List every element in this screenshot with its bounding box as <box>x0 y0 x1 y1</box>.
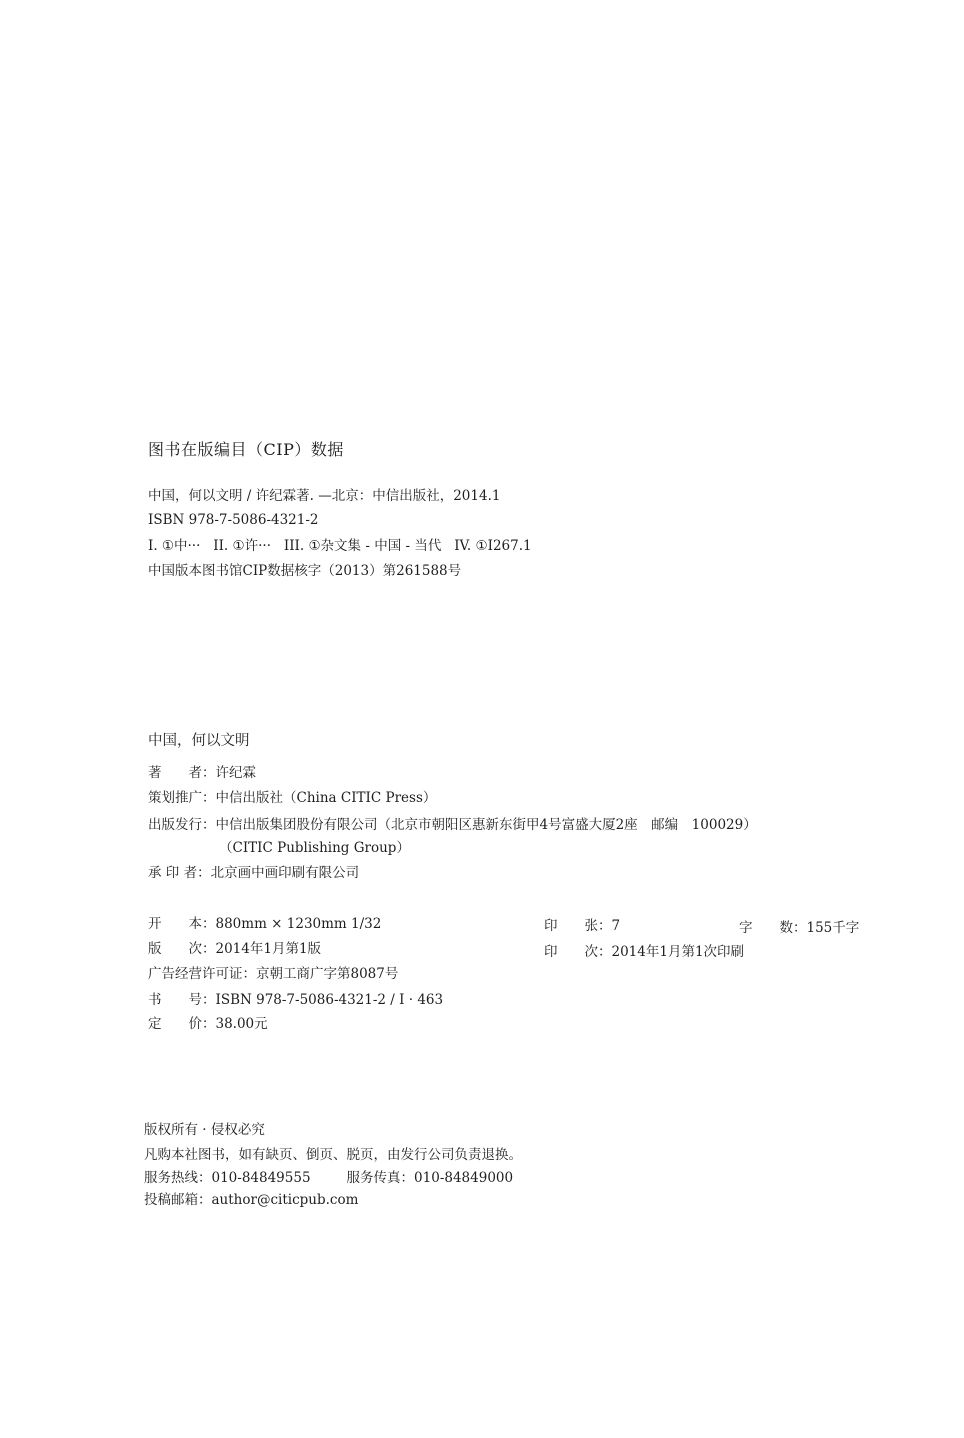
spec-value: ISBN 978-7-5086-4321-2 / I · 463 <box>216 992 444 1008</box>
spec-value: 2014年1月第1版 <box>216 941 322 957</box>
spec-ad-license: 广告经营许可证：京朝工商广字第8087号 <box>148 966 398 982</box>
spec-value: 京朝工商广字第8087号 <box>256 966 398 982</box>
submission-email: 投稿邮箱：author@citicpub.com <box>144 1192 358 1208</box>
cip-isbn: ISBN 978-7-5086-4321-2 <box>148 512 319 528</box>
email-address: author@citicpub.com <box>212 1192 359 1208</box>
credit-value: （CITIC Publishing Group） <box>219 840 410 856</box>
cip-classification: I. ①中··· II. ①许··· III. ①杂文集 - 中国 - 当代 I… <box>148 538 532 554</box>
spec-label: 广告经营许可证： <box>148 966 256 982</box>
credit-value: 北京画中画印刷有限公司 <box>211 865 360 881</box>
book-title: 中国，何以文明 <box>148 729 250 750</box>
email-label: 投稿邮箱： <box>144 1192 212 1208</box>
credit-value: 中信出版集团股份有限公司（北京市朝阳区惠新东街甲4号富盛大厦2座 邮编 1000… <box>216 817 757 833</box>
spec-word-count: 字 数：155千字 <box>739 920 859 936</box>
spec-printing: 印 次：2014年1月第1次印刷 <box>544 944 744 960</box>
spec-value: 38.00元 <box>216 1016 268 1032</box>
hotline-number: 010-84849555 <box>212 1170 311 1186</box>
credit-label: 著 者： <box>148 765 216 781</box>
spec-print-sheets: 印 张：7 <box>544 918 620 934</box>
cip-title: 图书在版编目（CIP）数据 <box>148 437 344 460</box>
spec-edition: 版 次：2014年1月第1版 <box>148 941 321 957</box>
credit-value: 许纪霖 <box>216 765 257 781</box>
spec-label: 印 张： <box>544 918 612 934</box>
credit-label: 承 印 者： <box>148 865 211 881</box>
spec-label: 定 价： <box>148 1016 216 1032</box>
spec-value: 880mm × 1230mm 1/32 <box>216 916 382 932</box>
credit-label: 出版发行： <box>148 817 216 833</box>
fax-number: 010-84849000 <box>414 1170 513 1186</box>
spec-label: 印 次： <box>544 944 612 960</box>
credit-promotion: 策划推广：中信出版社（China CITIC Press） <box>148 790 436 806</box>
return-policy: 凡购本社图书，如有缺页、倒页、脱页，由发行公司负责退换。 <box>144 1147 522 1163</box>
hotline-label: 服务热线： <box>144 1170 212 1186</box>
spec-format: 开 本：880mm × 1230mm 1/32 <box>148 916 381 932</box>
spec-label: 开 本： <box>148 916 216 932</box>
credit-publisher: 出版发行：中信出版集团股份有限公司（北京市朝阳区惠新东街甲4号富盛大厦2座 邮编… <box>148 817 757 833</box>
spec-book-number: 书 号：ISBN 978-7-5086-4321-2 / I · 463 <box>148 992 443 1008</box>
cip-line: 中国，何以文明 / 许纪霖著. —北京：中信出版社，2014.1 <box>148 488 500 504</box>
credit-printer: 承 印 者：北京画中画印刷有限公司 <box>148 865 359 881</box>
credit-author: 著 者：许纪霖 <box>148 765 256 781</box>
copyright-notice: 版权所有 · 侵权必究 <box>144 1122 265 1138</box>
cip-record-number: 中国版本图书馆CIP数据核字（2013）第261588号 <box>148 563 461 579</box>
spec-value: 7 <box>612 918 621 934</box>
spec-value: 2014年1月第1次印刷 <box>612 944 745 960</box>
credit-value: 中信出版社（China CITIC Press） <box>216 790 437 806</box>
spec-label: 版 次： <box>148 941 216 957</box>
credit-publisher-english: （CITIC Publishing Group） <box>219 840 410 856</box>
credit-label: 策划推广： <box>148 790 216 806</box>
spec-price: 定 价：38.00元 <box>148 1016 268 1032</box>
spec-label: 书 号： <box>148 992 216 1008</box>
fax-label: 服务传真： <box>347 1170 415 1186</box>
spec-value: 155千字 <box>807 920 860 936</box>
spec-label: 字 数： <box>739 920 807 936</box>
service-contacts: 服务热线：010-84849555服务传真：010-84849000 <box>144 1170 513 1186</box>
